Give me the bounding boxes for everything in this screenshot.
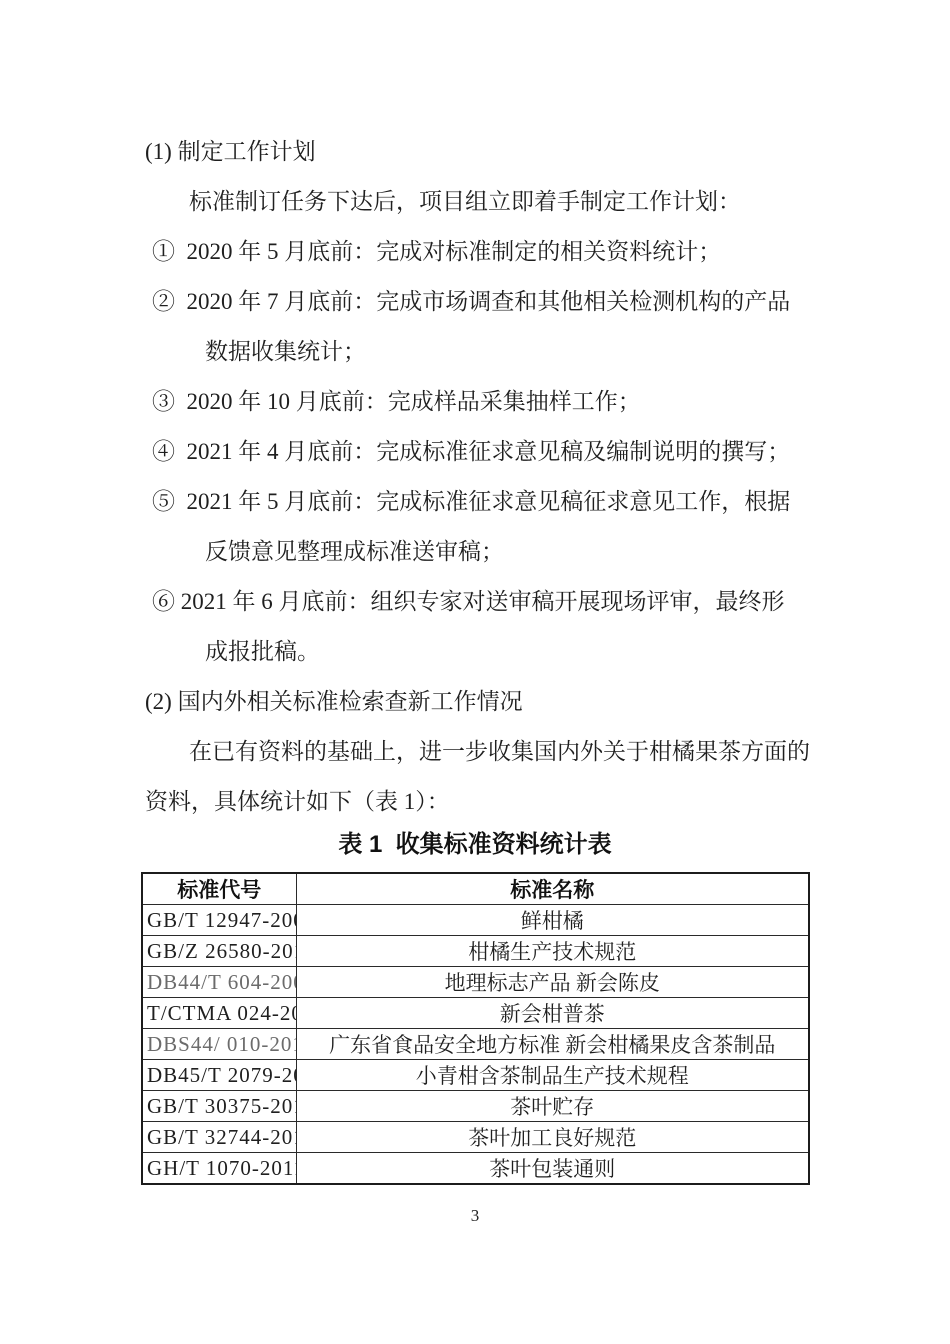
cell-code: GB/T 30375-2013 — [142, 1091, 296, 1122]
cell-code: T/CTMA 024-2020 — [142, 998, 296, 1029]
standards-table: 标准代号 标准名称 GB/T 12947-2008 鲜柑橘 GB/Z 26580… — [141, 872, 810, 1185]
cell-name: 柑橘生产技术规范 — [296, 936, 809, 967]
cell-name: 茶叶加工良好规范 — [296, 1122, 809, 1153]
list-item-6-continuation: 成报批稿。 — [0, 627, 950, 677]
list-item-1: ① 2020 年 5 月底前：完成对标准制定的相关资料统计； — [0, 227, 950, 277]
paragraph-search-intro: 在已有资料的基础上，进一步收集国内外关于柑橘果茶方面的 — [0, 727, 950, 777]
list-item-2-continuation: 数据收集统计； — [0, 327, 950, 377]
table-row: T/CTMA 024-2020 新会柑普茶 — [142, 998, 809, 1029]
page-number: 3 — [0, 1203, 950, 1229]
cell-code: GH/T 1070-2011 — [142, 1153, 296, 1185]
cell-code: GB/T 32744-2016 — [142, 1122, 296, 1153]
cell-name: 小青柑含茶制品生产技术规程 — [296, 1060, 809, 1091]
table-row: GH/T 1070-2011 茶叶包装通则 — [142, 1153, 809, 1185]
list-item-5-continuation: 反馈意见整理成标准送审稿； — [0, 527, 950, 577]
cell-code: GB/T 12947-2008 — [142, 905, 296, 936]
cell-name: 地理标志产品 新会陈皮 — [296, 967, 809, 998]
table-row: GB/Z 26580-2011 柑橘生产技术规范 — [142, 936, 809, 967]
table-row: GB/T 30375-2013 茶叶贮存 — [142, 1091, 809, 1122]
cell-code: DB44/T 604-2009 — [142, 967, 296, 998]
table-row: GB/T 32744-2016 茶叶加工良好规范 — [142, 1122, 809, 1153]
cell-name: 新会柑普茶 — [296, 998, 809, 1029]
cell-name: 茶叶贮存 — [296, 1091, 809, 1122]
section-heading-1: (1) 制定工作计划 — [0, 127, 950, 177]
cell-code: DBS44/ 010-2018 — [142, 1029, 296, 1060]
table-row: GB/T 12947-2008 鲜柑橘 — [142, 905, 809, 936]
table-row: DB44/T 604-2009 地理标志产品 新会陈皮 — [142, 967, 809, 998]
list-item-6: ⑥ 2021 年 6 月底前：组织专家对送审稿开展现场评审，最终形 — [0, 577, 950, 627]
cell-code: DB45/T 2079-2019 — [142, 1060, 296, 1091]
col-header-name: 标准名称 — [296, 873, 809, 905]
list-item-2: ② 2020 年 7 月底前：完成市场调查和其他相关检测机构的产品 — [0, 277, 950, 327]
table-title: 表 1 收集标准资料统计表 — [0, 827, 950, 863]
table-row: DBS44/ 010-2018 广东省食品安全地方标准 新会柑橘果皮含茶制品 — [142, 1029, 809, 1060]
table-row: DB45/T 2079-2019 小青柑含茶制品生产技术规程 — [142, 1060, 809, 1091]
cell-name: 鲜柑橘 — [296, 905, 809, 936]
section-heading-2: (2) 国内外相关标准检索查新工作情况 — [0, 677, 950, 727]
cell-name: 茶叶包装通则 — [296, 1153, 809, 1185]
table-header-row: 标准代号 标准名称 — [142, 873, 809, 905]
document-page: (1) 制定工作计划 标准制订任务下达后，项目组立即着手制定工作计划： ① 20… — [0, 0, 950, 1344]
paragraph-search-intro-continuation: 资料，具体统计如下（表 1）： — [0, 777, 950, 827]
list-item-5: ⑤ 2021 年 5 月底前：完成标准征求意见稿征求意见工作，根据 — [0, 477, 950, 527]
cell-code: GB/Z 26580-2011 — [142, 936, 296, 967]
list-item-3: ③ 2020 年 10 月底前：完成样品采集抽样工作； — [0, 377, 950, 427]
paragraph-plan-intro: 标准制订任务下达后，项目组立即着手制定工作计划： — [0, 177, 950, 227]
cell-name: 广东省食品安全地方标准 新会柑橘果皮含茶制品 — [296, 1029, 809, 1060]
list-item-4: ④ 2021 年 4 月底前：完成标准征求意见稿及编制说明的撰写； — [0, 427, 950, 477]
col-header-code: 标准代号 — [142, 873, 296, 905]
document-body: (1) 制定工作计划 标准制订任务下达后，项目组立即着手制定工作计划： ① 20… — [0, 0, 950, 1229]
